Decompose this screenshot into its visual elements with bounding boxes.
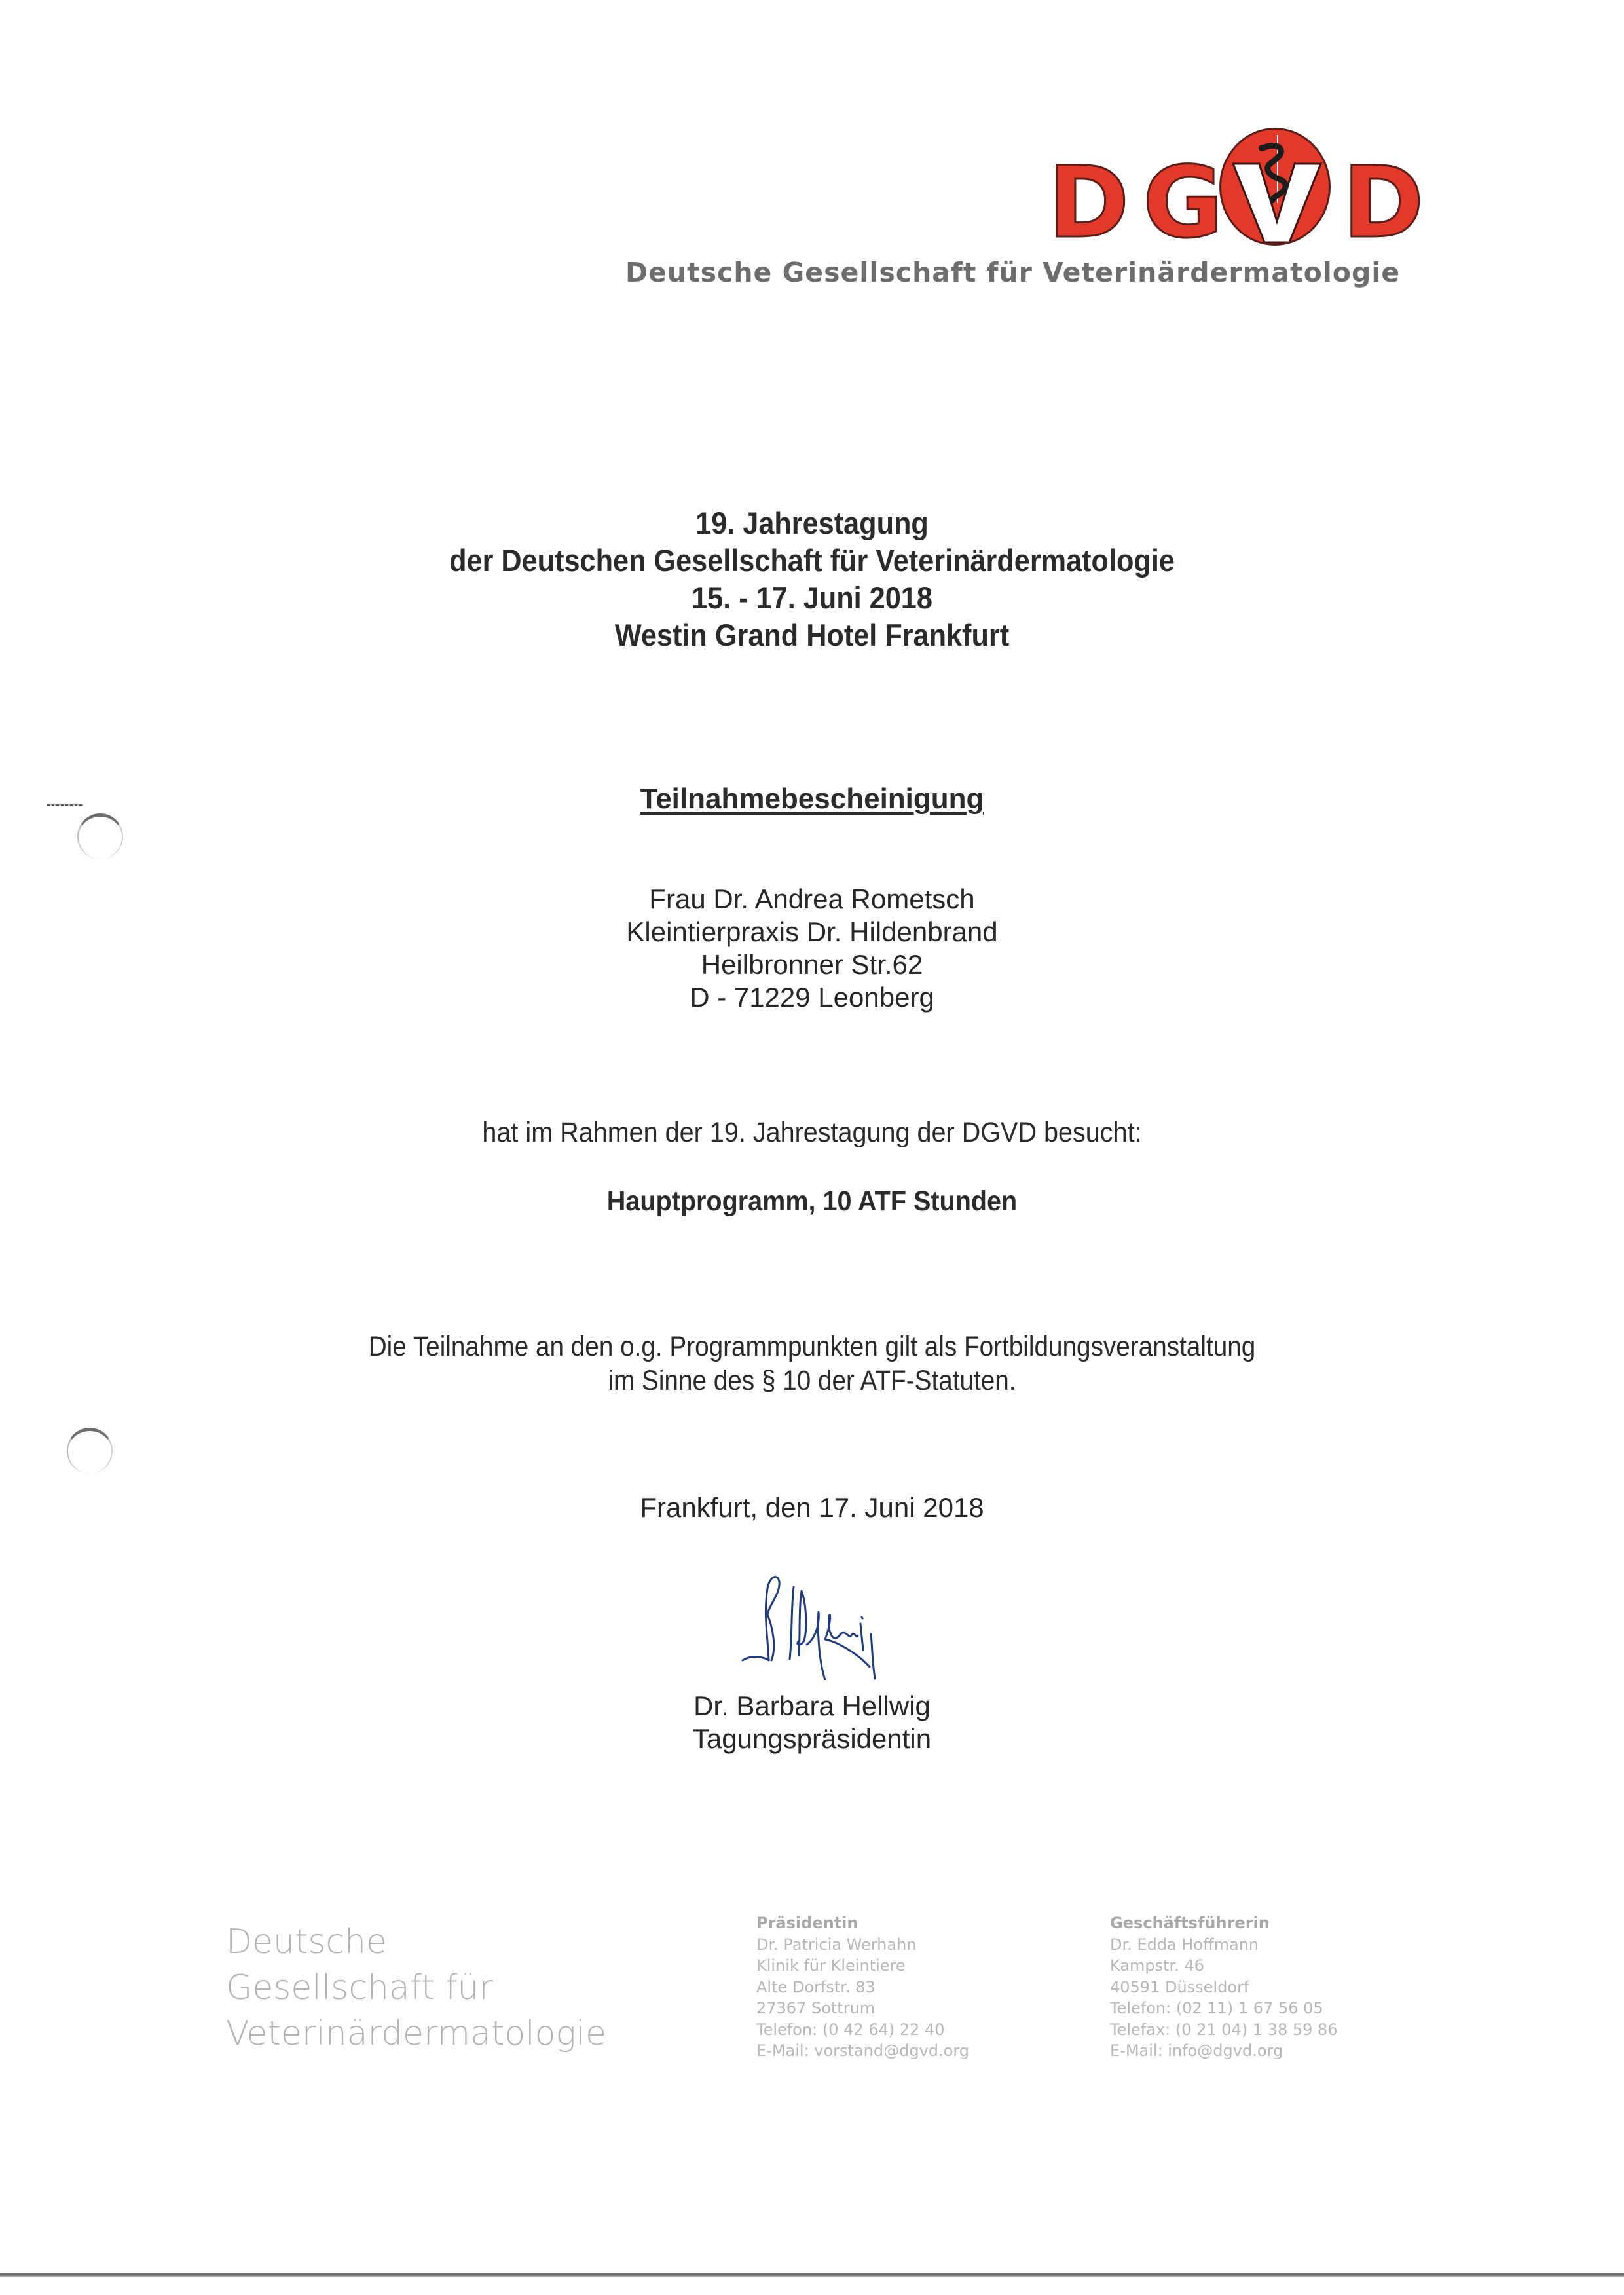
logo-v-circle — [1219, 128, 1331, 246]
page-bottom-edge — [0, 2273, 1624, 2277]
accreditation-note: Die Teilnahme an den o.g. Programmpunkte… — [0, 1330, 1624, 1398]
recipient-address: Frau Dr. Andrea Rometsch Kleintierpraxis… — [0, 883, 1624, 1014]
footer-org-line: Deutsche — [226, 1919, 606, 1965]
recipient-practice: Kleintierpraxis Dr. Hildenbrand — [0, 916, 1624, 948]
conference-line: 19. Jahrestagung — [65, 504, 1559, 542]
document-title: Teilnahmebescheinigung — [0, 783, 1624, 815]
conference-header: 19. Jahrestagung der Deutschen Gesellsch… — [0, 504, 1624, 654]
accreditation-note-line: Die Teilnahme an den o.g. Programmpunkte… — [81, 1330, 1543, 1364]
manager-heading: Geschäftsführerin — [1110, 1912, 1338, 1934]
president-city: 27367 Sottrum — [756, 1998, 969, 2019]
president-email: E-Mail: vorstand@dgvd.org — [756, 2040, 969, 2062]
manager-phone: Telefon: (02 11) 1 67 56 05 — [1110, 1998, 1338, 2019]
hole-punch-mark — [77, 813, 123, 859]
logo-letter-d: D — [1342, 154, 1424, 252]
footer-org-line: Gesellschaft für — [226, 1965, 606, 2011]
signer-role: Tagungspräsidentin — [0, 1723, 1624, 1755]
logo-letter-d: D — [1048, 154, 1130, 252]
scan-margin-mark — [47, 804, 83, 806]
signature-icon — [727, 1562, 897, 1680]
recipient-city: D - 71229 Leonberg — [0, 981, 1624, 1014]
hole-punch-mark — [67, 1428, 113, 1474]
recipient-street: Heilbronner Str.62 — [0, 948, 1624, 981]
footer-president-contact: Präsidentin Dr. Patricia Werhahn Klinik … — [756, 1912, 969, 2062]
manager-name: Dr. Edda Hoffmann — [1110, 1934, 1338, 1956]
footer-org-line: Veterinärdermatologie — [226, 2011, 606, 2057]
footer-manager-contact: Geschäftsführerin Dr. Edda Hoffmann Kamp… — [1110, 1912, 1338, 2062]
president-clinic: Klinik für Kleintiere — [756, 1955, 969, 1977]
dgvd-logo: D G D — [1048, 128, 1414, 246]
conference-line: Westin Grand Hotel Frankfurt — [65, 616, 1559, 654]
footer-organization-name: Deutsche Gesellschaft für Veterinärderma… — [226, 1919, 606, 2057]
document-title-text: Teilnahmebescheinigung — [640, 783, 984, 815]
aesculapian-staff-icon — [1221, 130, 1331, 246]
manager-city: 40591 Düsseldorf — [1110, 1977, 1338, 1998]
president-name: Dr. Patricia Werhahn — [756, 1934, 969, 1956]
recipient-name: Frau Dr. Andrea Rometsch — [0, 883, 1624, 916]
accreditation-note-line: im Sinne des § 10 der ATF-Statuten. — [81, 1364, 1543, 1398]
president-street: Alte Dorfstr. 83 — [756, 1977, 969, 1998]
conference-line: 15. - 17. Juni 2018 — [65, 579, 1559, 616]
logo-letter-g: G — [1143, 154, 1223, 252]
manager-fax: Telefax: (0 21 04) 1 38 59 86 — [1110, 2019, 1338, 2041]
president-heading: Präsidentin — [756, 1912, 969, 1934]
signer-block: Dr. Barbara Hellwig Tagungspräsidentin — [0, 1690, 1624, 1755]
logo-tagline: Deutsche Gesellschaft für Veterinärderma… — [625, 257, 1400, 288]
attendance-statement: hat im Rahmen der 19. Jahrestagung der D… — [65, 1117, 1559, 1149]
manager-email: E-Mail: info@dgvd.org — [1110, 2040, 1338, 2062]
program-attended: Hauptprogramm, 10 ATF Stunden — [65, 1185, 1559, 1218]
manager-street: Kampstr. 46 — [1110, 1955, 1338, 1977]
conference-line: der Deutschen Gesellschaft für Veterinär… — [65, 542, 1559, 579]
signer-name: Dr. Barbara Hellwig — [0, 1690, 1624, 1723]
president-phone: Telefon: (0 42 64) 22 40 — [756, 2019, 969, 2041]
place-and-date: Frankfurt, den 17. Juni 2018 — [0, 1492, 1624, 1523]
